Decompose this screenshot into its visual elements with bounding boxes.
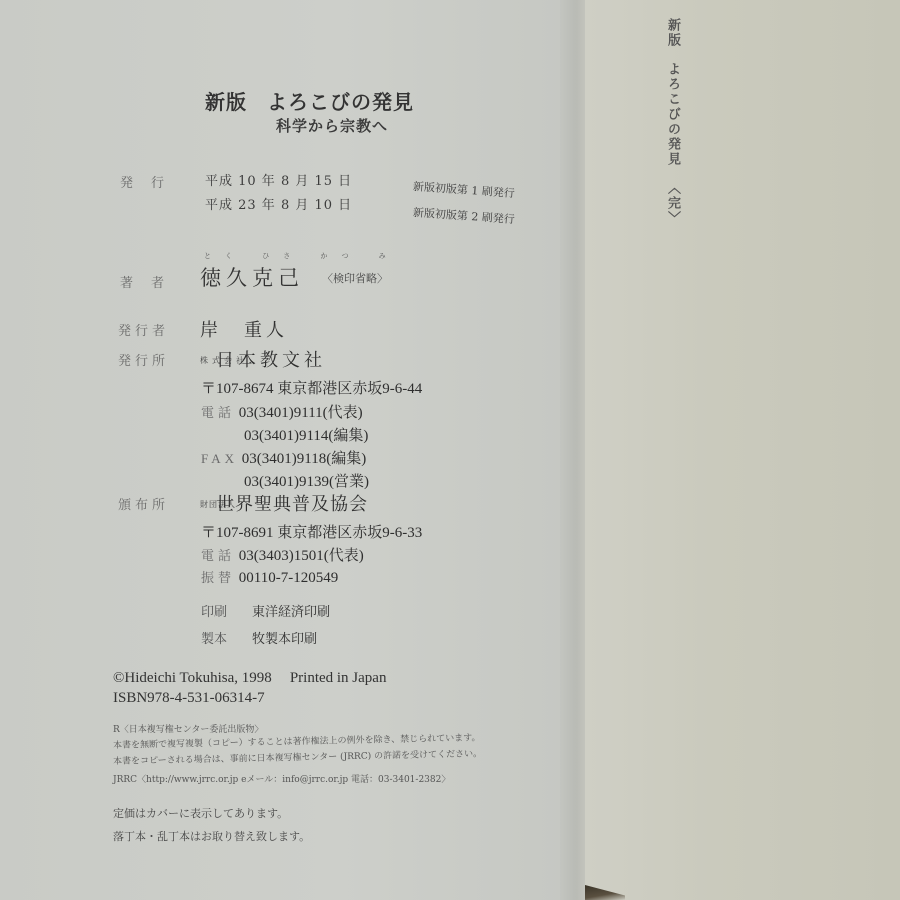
distributor-address: 東京都港区赤坂9-6-33 (277, 525, 422, 541)
phone-label: 電話 (201, 405, 235, 420)
end-mark: 〈完〉 (665, 181, 680, 226)
book-subtitle: 科学から宗教へ (276, 115, 388, 136)
edition-label: 新版 (205, 90, 247, 114)
vertical-title-text: よろこびの発見 (665, 62, 680, 167)
fax-value: 03(3401)9118(編集) (242, 451, 366, 467)
printer-name: 東洋経済印刷 (252, 601, 330, 620)
distributor-address-row: 〒107-8691 東京都港区赤坂9-6-33 (201, 521, 422, 542)
binder-label: 製本 (201, 628, 227, 647)
publisher-address: 東京都港区赤坂9-6-44 (277, 381, 422, 397)
distributor-phone: 03(3403)1501(代表) (239, 548, 364, 564)
distributor-label: 頒布所 (118, 494, 169, 513)
printed-in: Printed in Japan (290, 670, 387, 686)
publication-label: 発行 (120, 172, 182, 191)
binder-name: 牧製本印刷 (252, 628, 317, 647)
distributor-postal: 〒107-8691 (201, 525, 274, 541)
publication-date-2: 平成 23 年 8 月 10 日 (205, 194, 352, 213)
seal-note: 〈検印省略〉 (322, 270, 388, 286)
title-text: よろこびの発見 (267, 90, 414, 114)
isbn: ISBN978-4-531-06314-7 (113, 690, 265, 707)
publisher-phone-row-1: 電話 03(3401)9111(代表) (201, 401, 363, 422)
distributor-transfer-row: 振替 00110-7-120549 (201, 567, 338, 587)
publisher-name-row: 株式会社日本教文社 (200, 346, 326, 372)
publisher-fax-row-2: 03(3401)9139(営業) (244, 470, 369, 491)
price-notice: 定価はカバーに表示してあります。 (113, 805, 288, 821)
phone-label: 電話 (201, 548, 235, 563)
author-label: 著者 (120, 272, 182, 291)
vertical-title: 新版よろこびの発見〈完〉 (663, 18, 682, 226)
publisher-label: 発行所 (118, 350, 169, 369)
publisher-person-name: 岸 重人 (200, 316, 288, 342)
phone-value: 03(3401)9111(代表) (239, 405, 363, 421)
author-name: 徳久克己 (200, 262, 304, 292)
facing-page (585, 0, 900, 900)
publication-date-1: 平成 10 年 8 月 15 日 (205, 170, 352, 189)
transfer-account: 00110-7-120549 (239, 570, 338, 586)
publisher-phone-row-2: 03(3401)9114(編集) (244, 424, 368, 445)
fax-label: FAX (201, 451, 238, 466)
distributor-phone-row: 電話 03(3403)1501(代表) (201, 544, 364, 565)
publisher-address-row: 〒107-8674 東京都港区赤坂9-6-44 (201, 377, 422, 398)
transfer-label: 振替 (201, 570, 235, 585)
jrrc-line-1: R〈日本複写権センター委託出版物〉 (113, 722, 263, 735)
publisher-name: 日本教文社 (216, 350, 326, 371)
distributor-name-row: 財団法人世界聖典普及協会 (200, 490, 368, 516)
publisher-postal: 〒107-8674 (201, 381, 274, 397)
publisher-person-label: 発行者 (118, 320, 169, 339)
publisher-fax-row-1: FAX 03(3401)9118(編集) (201, 447, 366, 468)
foundation-mark: 財団法人 (200, 501, 216, 509)
printer-label: 印刷 (201, 601, 227, 620)
book-title: 新版よろこびの発見 (205, 86, 414, 115)
author-ruby: とく ひさ かつ み (204, 251, 400, 261)
defect-notice: 落丁本・乱丁本はお取り替え致します。 (113, 828, 310, 844)
vertical-edition: 新版 (665, 18, 680, 48)
copyright-line: ©Hideichi Tokuhisa, 1998Printed in Japan (113, 670, 386, 687)
corp-mark: 株式会社 (200, 357, 216, 365)
distributor-name: 世界聖典普及協会 (216, 494, 368, 515)
copyright-holder: ©Hideichi Tokuhisa, 1998 (113, 670, 272, 686)
jrrc-line-4: JRRC〈http://www.jrrc.or.jp eメール：info@jrr… (113, 772, 450, 785)
